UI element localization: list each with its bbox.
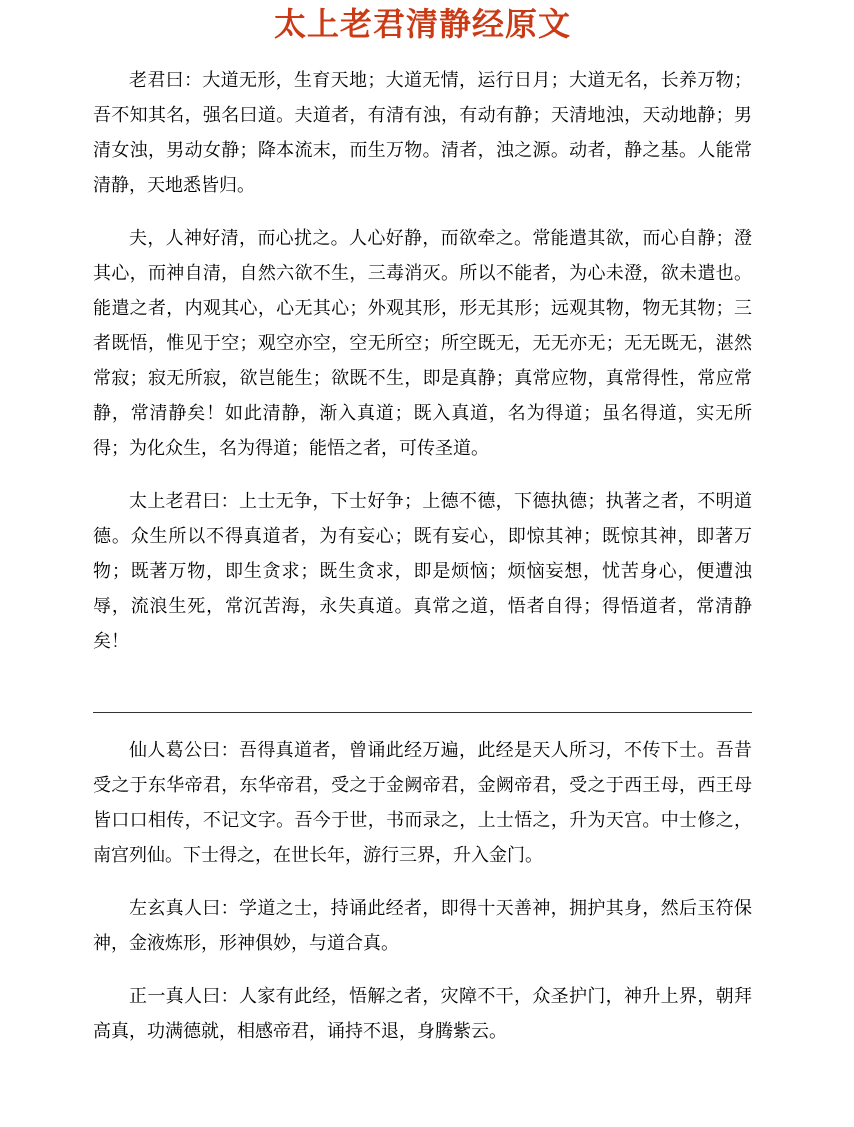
page-title: 太上老君清静经原文 — [93, 5, 752, 43]
paragraph-zhengyi-zhenren: 正一真人曰：人家有此经，悟解之者，灾障不干，众圣护门，神升上界，朝拜高真，功满德… — [93, 979, 752, 1049]
paragraph-laojun: 老君曰：大道无形，生育天地；大道无情，运行日月；大道无名，长养万物；吾不知其名，… — [93, 63, 752, 203]
paragraph-zuoxuan-zhenren: 左玄真人曰：学道之士，持诵此经者，即得十天善神，拥护其身，然后玉符保神，金液炼形… — [93, 891, 752, 961]
paragraph-xianren-gegong: 仙人葛公曰：吾得真道者，曾诵此经万遍，此经是天人所习，不传下士。吾昔受之于东华帝… — [93, 733, 752, 873]
paragraph-fu-renshen: 夫，人神好清，而心扰之。人心好静，而欲牵之。常能遣其欲，而心自静；澄其心，而神自… — [93, 221, 752, 466]
document-page: 太上老君清静经原文 老君曰：大道无形，生育天地；大道无情，运行日月；大道无名，长… — [93, 0, 752, 1127]
section-divider — [93, 712, 752, 713]
scripture-postscript-section: 仙人葛公曰：吾得真道者，曾诵此经万遍，此经是天人所习，不传下士。吾昔受之于东华帝… — [93, 733, 752, 1049]
scripture-main-section: 老君曰：大道无形，生育天地；大道无情，运行日月；大道无名，长养万物；吾不知其名，… — [93, 63, 752, 659]
paragraph-taishang-laojun: 太上老君曰：上士无争，下士好争；上德不德，下德执德；执著之者，不明道德。众生所以… — [93, 484, 752, 659]
